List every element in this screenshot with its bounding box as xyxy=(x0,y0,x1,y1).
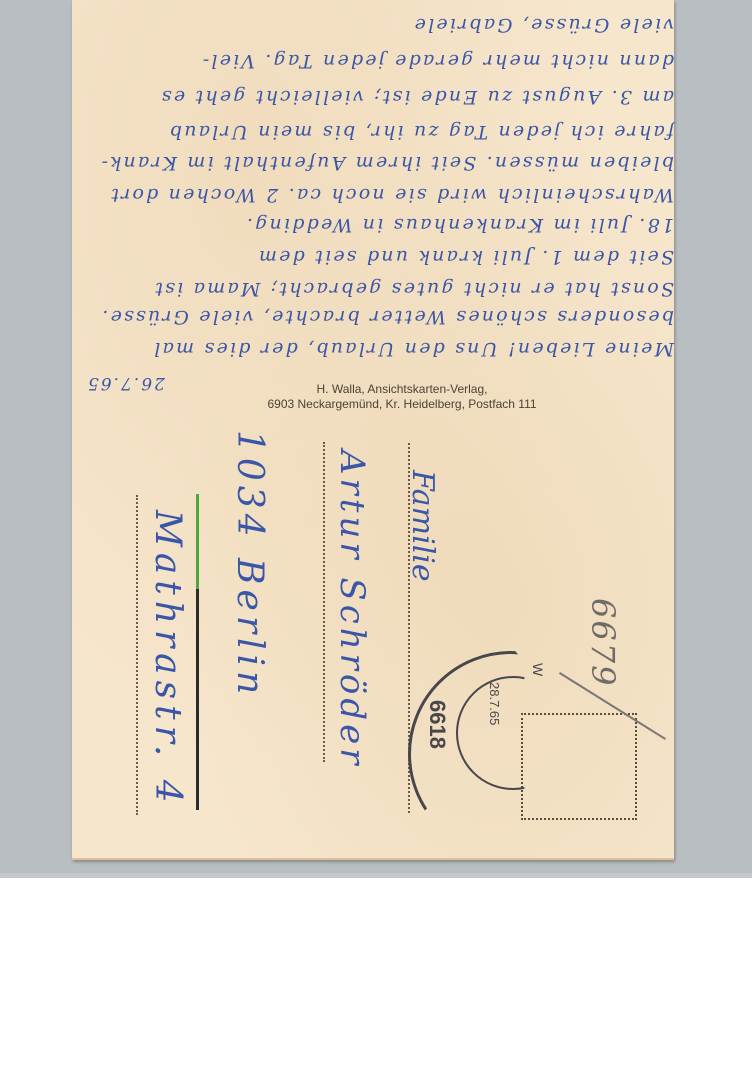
message-line: Meine Lieben! Uns den Urlaub, der dies m… xyxy=(72,338,674,360)
underline-mark xyxy=(196,494,199,810)
handwritten-date: 26.7.65 xyxy=(86,373,165,393)
address-guide-line xyxy=(136,495,138,815)
stamp-box xyxy=(521,713,637,820)
imprint-line-2: 6903 Neckargemünd, Kr. Heidelberg, Postf… xyxy=(192,397,612,412)
postmark-date: 28.7.65 xyxy=(487,682,502,725)
imprint-line-1: H. Walla, Ansichtskarten-Verlag, xyxy=(192,382,612,397)
address-line-3: 1034 Berlin xyxy=(229,430,270,699)
address-line-2: Artur Schröder xyxy=(332,450,372,769)
backdrop-edge xyxy=(0,873,752,878)
address-line-4: Mathrastr. 4 xyxy=(147,510,188,809)
publisher-imprint: H. Walla, Ansichtskarten-Verlag, 6903 Ne… xyxy=(192,382,612,412)
message-line: 18. Juli im Krankenhaus in Wedding. xyxy=(72,214,674,236)
address-line-1: Familie xyxy=(405,470,440,582)
message-line: fahre ich jeden Tag zu ihr, bis mein Url… xyxy=(72,121,674,143)
message-line: dann nicht mehr gerade jeden Tag. Viel- xyxy=(72,50,674,72)
pencil-note: 6679 xyxy=(584,598,622,687)
message-line: besonders schönes Wetter brachte, viele … xyxy=(72,306,674,328)
message-line: Sonst hat er nicht gutes gebracht; Mama … xyxy=(72,278,674,300)
postmark-postcode: 6618 xyxy=(424,700,450,749)
message-line: Seit dem 1. Juli krank und seit dem xyxy=(72,246,674,268)
message-line: Wahrscheinlich wird sie noch ca. 2 Woche… xyxy=(72,184,674,206)
message-line: am 3. August zu Ende ist; vielleicht geh… xyxy=(72,86,674,108)
message-line: viele Grüsse, Gabriele xyxy=(72,14,674,36)
message-line: bleiben müssen. Seit ihrem Aufenthalt im… xyxy=(72,152,674,174)
postmark-letter: W xyxy=(530,663,546,676)
address-guide-line xyxy=(323,442,325,762)
